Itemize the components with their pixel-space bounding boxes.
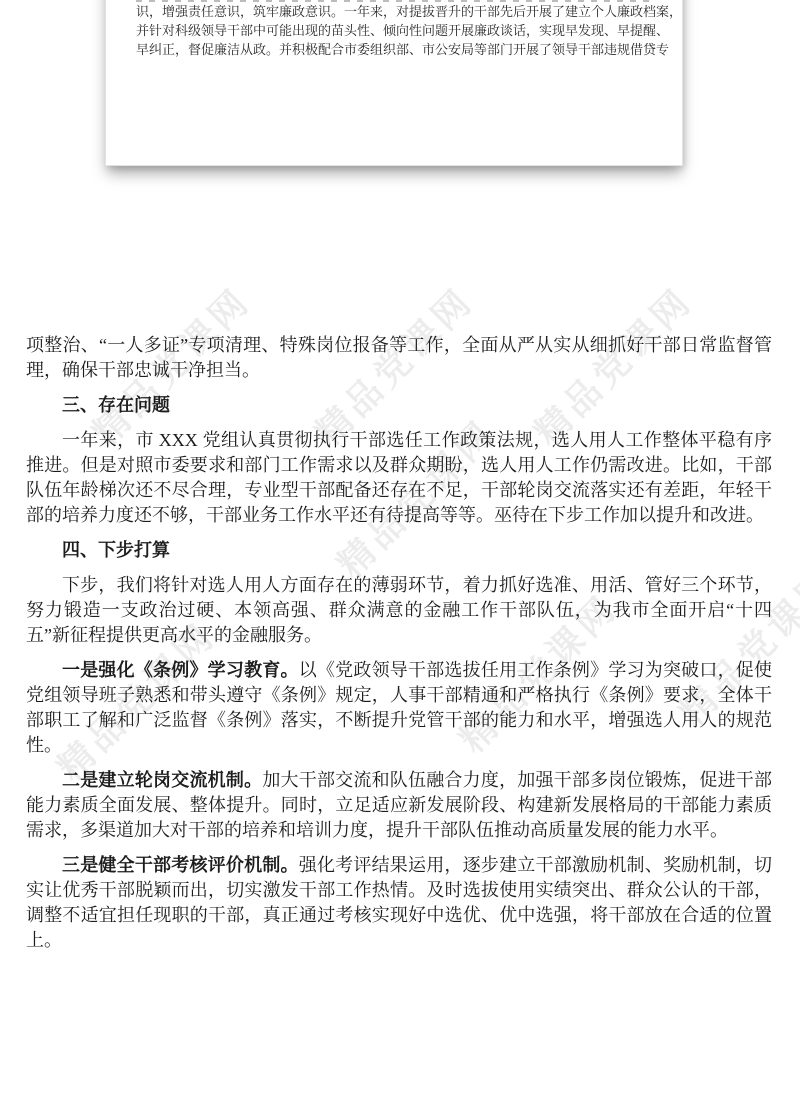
document-preview-page: { "watermark": { "text": "精品党课网", "color… xyxy=(0,0,800,1103)
section-heading-problems: 三、存在问题 xyxy=(26,393,772,418)
document-body: 项整治、“一人多证”专项清理、特殊岗位报备等工作，全面从严从实从细抓好干部日常监… xyxy=(26,333,772,963)
thumbnail-line: 并针对科级领导干部中可能出现的苗头性、倾向性问题开展廉政谈话，实现早发现、早提醒… xyxy=(136,21,654,40)
paragraph-problems: 一年来，市 XXX 党组认真贯彻执行干部选任工作政策法规，选人用人工作整体平稳有… xyxy=(26,428,772,528)
plan-item-lead: 二是建立轮岗交流机制。 xyxy=(62,770,262,790)
plan-item-lead: 一是强化《条例》学习教育。 xyxy=(62,660,299,680)
paragraph-continuation: 项整治、“一人多证”专项清理、特殊岗位报备等工作，全面从严从实从细抓好干部日常监… xyxy=(26,333,772,383)
section-heading-plans: 四、下步打算 xyxy=(26,538,772,563)
plan-item-lead: 三是健全干部考核评价机制。 xyxy=(62,855,299,875)
paragraph-plan-item-2: 二是建立轮岗交流机制。加大干部交流和队伍融合力度，加强干部多岗位锻炼，促进干部能… xyxy=(26,768,772,843)
paragraph-plans-intro: 下步，我们将针对选人用人方面存在的薄弱环节，着力抓好选准、用活、管好三个环节，努… xyxy=(26,573,772,648)
document-page-thumbnail[interactable]: 识，增强责任意识，筑牢廉政意识。一年来，对提拔晋升的干部先后开展了建立个人廉政档… xyxy=(105,0,683,166)
paragraph-plan-item-3: 三是健全干部考核评价机制。强化考评结果运用，逐步建立干部激励机制、奖励机制，切实… xyxy=(26,853,772,953)
thumbnail-line: 识，增强责任意识，筑牢廉政意识。一年来，对提拔晋升的干部先后开展了建立个人廉政档… xyxy=(136,2,654,21)
thumbnail-line: 早纠正，督促廉洁从政。并积极配合市委组织部、市公安局等部门开展了领导干部违规借贷… xyxy=(136,40,654,59)
clipped-line-fragment xyxy=(136,0,654,2)
paragraph-plan-item-1: 一是强化《条例》学习教育。以《党政领导干部选拔任用工作条例》学习为突破口，促使党… xyxy=(26,658,772,758)
